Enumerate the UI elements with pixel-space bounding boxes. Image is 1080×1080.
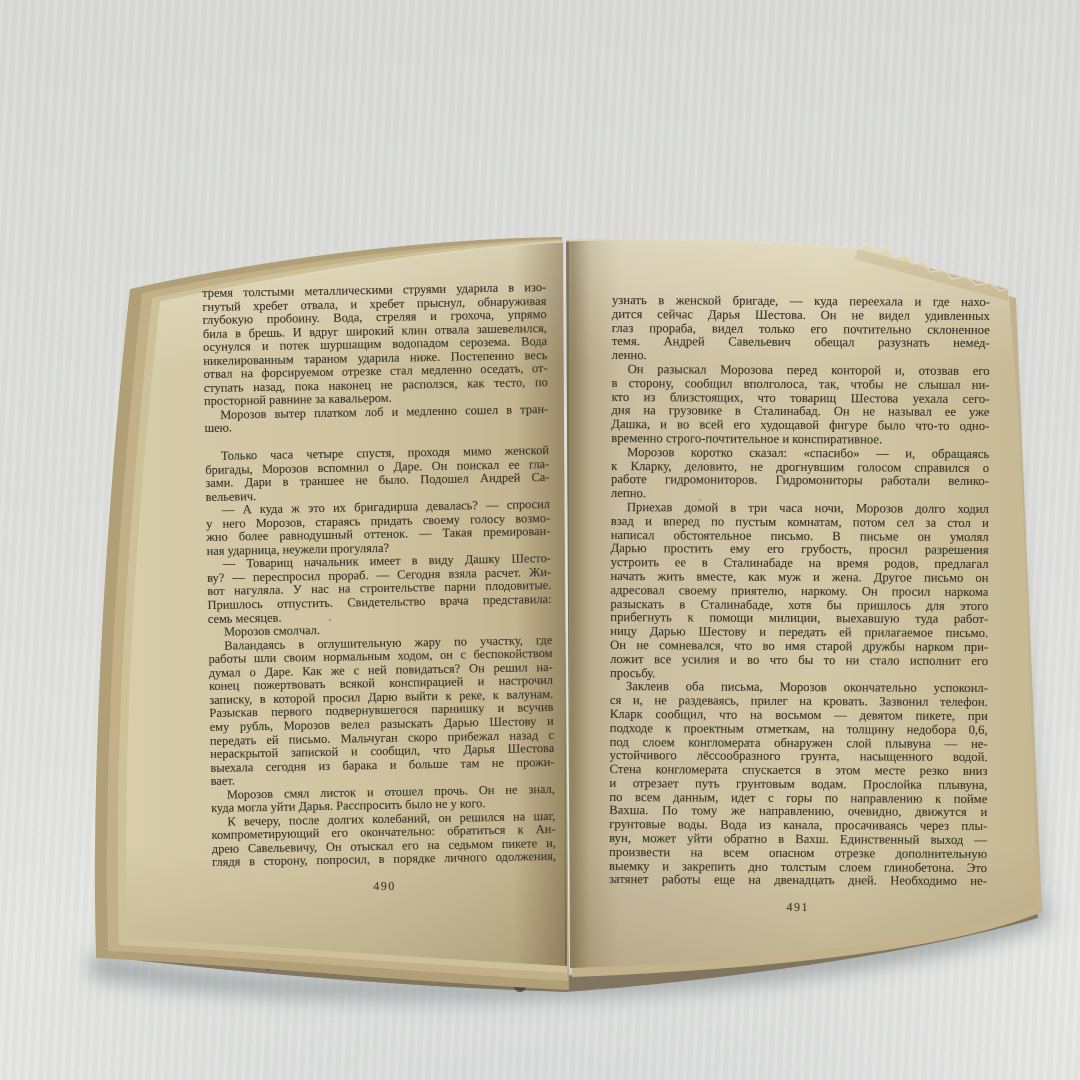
paragraph: Валандаясь в оглушительную жару по участ… bbox=[208, 634, 555, 789]
paragraph: Только часа четыре спустя, проходя мимо … bbox=[205, 444, 550, 504]
paragraph: Морозов вытер платком лоб и медленно сош… bbox=[204, 403, 548, 436]
right-page-number: 491 bbox=[609, 900, 987, 916]
paragraph: — А куда ж это их бригадирша девалась? —… bbox=[206, 498, 551, 558]
paragraph: — Товарищ начальник имеет в виду Дашку Ш… bbox=[207, 552, 552, 626]
right-page-text: узнать в женской бригаде, — куда перееха… bbox=[609, 294, 990, 916]
text-line: темя. Андрей Савельевич обещал разузнать… bbox=[612, 335, 990, 351]
left-page-text: тремя толстыми металлическими струями уд… bbox=[202, 281, 557, 896]
paragraph: Приехав домой в три часа ночи, Морозов д… bbox=[610, 501, 989, 682]
text-line: работе гидромониторов. Гидромониторы раб… bbox=[611, 473, 989, 489]
text-line: ложит все усилия и во что бы то ни стало… bbox=[610, 653, 988, 669]
book-photo-scene: тремя толстыми металлическими струями уд… bbox=[0, 0, 1080, 1080]
paragraph: Морозов коротко сказал: «спасибо» — и, о… bbox=[611, 446, 989, 503]
paragraph: Он разыскал Морозова перед конторой и, о… bbox=[611, 363, 989, 448]
paragraph: Заклеив оба письма, Морозов окончательно… bbox=[609, 680, 988, 889]
text-line: затянет работы еще на двенадцать дней. Н… bbox=[609, 873, 987, 889]
paragraph: узнать в женской бригаде, — куда перееха… bbox=[612, 294, 990, 365]
paragraph: К вечеру, после долгих колебаний, он реш… bbox=[211, 810, 556, 870]
paragraph: тремя толстыми металлическими струями уд… bbox=[202, 281, 548, 409]
